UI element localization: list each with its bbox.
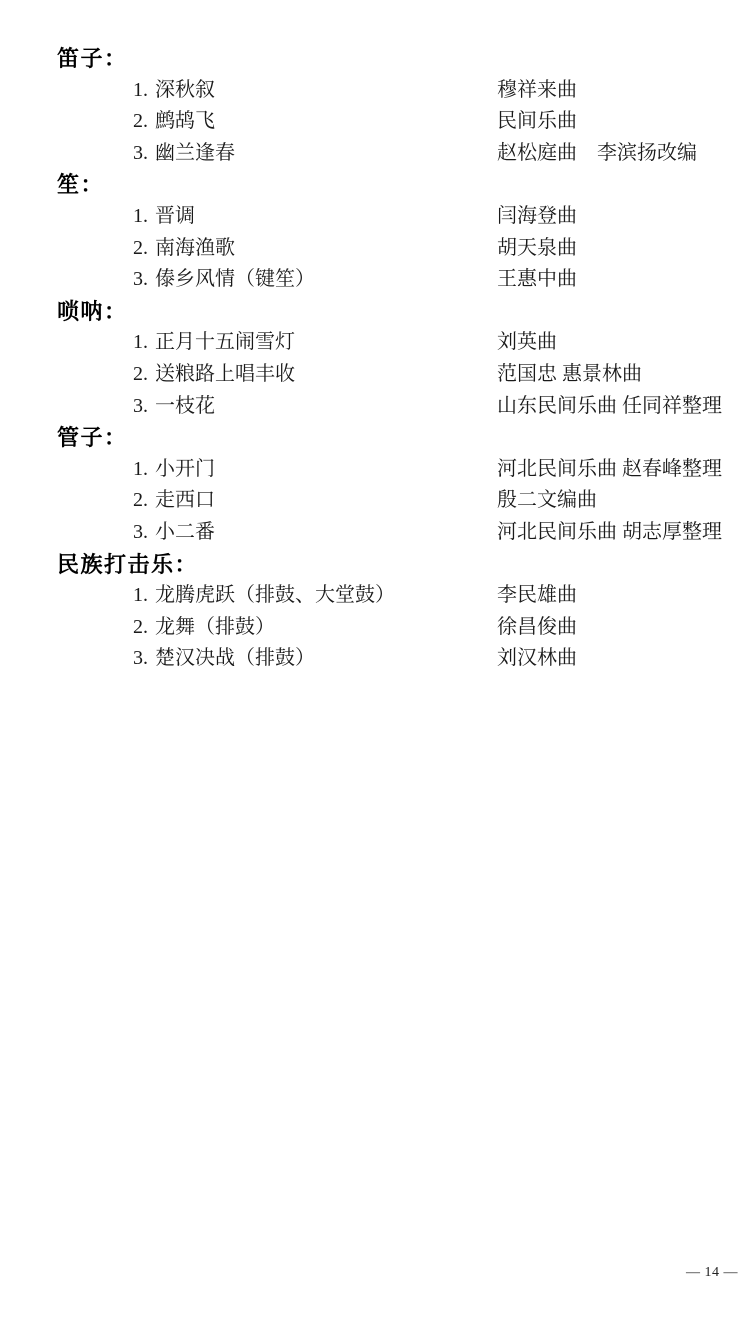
piece-title: 鹧鸪飞 bbox=[155, 110, 215, 132]
piece-credit: 王惠中曲 bbox=[497, 264, 577, 296]
piece-credit: 穆祥来曲 bbox=[497, 75, 577, 107]
piece-title: 送粮路上唱丰收 bbox=[155, 363, 295, 385]
piece-number: 3. bbox=[133, 268, 148, 290]
piece-title: 幽兰逢春 bbox=[155, 142, 235, 164]
piece-title: 深秋叙 bbox=[155, 79, 215, 101]
piece-title: 一枝花 bbox=[155, 395, 215, 417]
piece-number: 3. bbox=[133, 521, 148, 543]
piece-title-cell: 1.正月十五闹雪灯 bbox=[133, 327, 295, 359]
piece-row: 2.走西口 殷二文编曲 bbox=[0, 485, 750, 517]
piece-credit: 刘汉林曲 bbox=[497, 643, 577, 675]
piece-credit: 李民雄曲 bbox=[497, 580, 577, 612]
piece-title-cell: 3.小二番 bbox=[133, 517, 215, 549]
piece-number: 2. bbox=[133, 237, 148, 259]
piece-row: 3.楚汉决战（排鼓） 刘汉林曲 bbox=[0, 643, 750, 675]
piece-title: 楚汉决战（排鼓） bbox=[155, 647, 315, 669]
piece-row: 1.龙腾虎跃（排鼓、大堂鼓） 李民雄曲 bbox=[0, 580, 750, 612]
piece-credit: 范国忠 惠景林曲 bbox=[497, 359, 642, 391]
piece-title-cell: 3.楚汉决战（排鼓） bbox=[133, 643, 315, 675]
piece-row: 3.一枝花 山东民间乐曲 任同祥整理 bbox=[0, 391, 750, 423]
program-list: 笛子： 1.深秋叙 穆祥来曲 2.鹧鸪飞 民间乐曲 3.幽兰逢春 赵松庭曲 李滨… bbox=[0, 43, 750, 675]
piece-title: 龙腾虎跃（排鼓、大堂鼓） bbox=[155, 584, 395, 606]
section-heading: 笛子： bbox=[57, 43, 128, 75]
piece-credit: 刘英曲 bbox=[497, 327, 557, 359]
section-heading: 笙： bbox=[57, 169, 104, 201]
piece-title: 龙舞（排鼓） bbox=[155, 616, 275, 638]
piece-number: 2. bbox=[133, 616, 148, 638]
piece-credit: 徐昌俊曲 bbox=[497, 612, 577, 644]
piece-number: 3. bbox=[133, 395, 148, 417]
piece-credit: 河北民间乐曲 胡志厚整理 bbox=[497, 517, 722, 549]
piece-title: 南海渔歌 bbox=[155, 237, 235, 259]
piece-title: 正月十五闹雪灯 bbox=[155, 331, 295, 353]
piece-title-cell: 2.鹧鸪飞 bbox=[133, 106, 215, 138]
piece-number: 1. bbox=[133, 331, 148, 353]
piece-title-cell: 1.深秋叙 bbox=[133, 75, 215, 107]
piece-number: 2. bbox=[133, 110, 148, 132]
piece-title-cell: 3.一枝花 bbox=[133, 391, 215, 423]
piece-row: 1.晋调 闫海登曲 bbox=[0, 201, 750, 233]
piece-title-cell: 2.送粮路上唱丰收 bbox=[133, 359, 295, 391]
piece-title: 傣乡风情（键笙） bbox=[155, 268, 315, 290]
piece-title: 晋调 bbox=[155, 205, 195, 227]
piece-number: 3. bbox=[133, 142, 148, 164]
section-heading-row: 笙： bbox=[0, 169, 750, 201]
piece-number: 2. bbox=[133, 363, 148, 385]
piece-title-cell: 1.小开门 bbox=[133, 454, 215, 486]
piece-row: 2.南海渔歌 胡天泉曲 bbox=[0, 233, 750, 265]
section-heading: 唢呐： bbox=[57, 296, 128, 328]
piece-row: 1.深秋叙 穆祥来曲 bbox=[0, 75, 750, 107]
piece-credit: 赵松庭曲 李滨扬改编 bbox=[497, 138, 697, 170]
section-heading: 管子： bbox=[57, 422, 128, 454]
piece-row: 3.小二番 河北民间乐曲 胡志厚整理 bbox=[0, 517, 750, 549]
piece-title: 走西口 bbox=[155, 489, 215, 511]
piece-title-cell: 2.龙舞（排鼓） bbox=[133, 612, 275, 644]
piece-credit: 闫海登曲 bbox=[497, 201, 577, 233]
section-heading-row: 民族打击乐： bbox=[0, 549, 750, 581]
piece-row: 1.小开门 河北民间乐曲 赵春峰整理 bbox=[0, 454, 750, 486]
piece-title-cell: 1.晋调 bbox=[133, 201, 195, 233]
piece-title: 小开门 bbox=[155, 458, 215, 480]
piece-number: 1. bbox=[133, 458, 148, 480]
piece-row: 3.幽兰逢春 赵松庭曲 李滨扬改编 bbox=[0, 138, 750, 170]
document-page: 笛子： 1.深秋叙 穆祥来曲 2.鹧鸪飞 民间乐曲 3.幽兰逢春 赵松庭曲 李滨… bbox=[0, 0, 750, 1334]
piece-title-cell: 3.幽兰逢春 bbox=[133, 138, 235, 170]
piece-row: 2.龙舞（排鼓） 徐昌俊曲 bbox=[0, 612, 750, 644]
piece-title: 小二番 bbox=[155, 521, 215, 543]
piece-title-cell: 3.傣乡风情（键笙） bbox=[133, 264, 315, 296]
piece-number: 1. bbox=[133, 205, 148, 227]
piece-number: 3. bbox=[133, 647, 148, 669]
piece-credit: 河北民间乐曲 赵春峰整理 bbox=[497, 454, 722, 486]
page-number: — 14 — bbox=[686, 1264, 738, 1282]
piece-credit: 山东民间乐曲 任同祥整理 bbox=[497, 391, 722, 423]
piece-title-cell: 2.走西口 bbox=[133, 485, 215, 517]
piece-credit: 殷二文编曲 bbox=[497, 485, 597, 517]
piece-credit: 胡天泉曲 bbox=[497, 233, 577, 265]
section-heading: 民族打击乐： bbox=[57, 549, 198, 581]
section-heading-row: 笛子： bbox=[0, 43, 750, 75]
piece-credit: 民间乐曲 bbox=[497, 106, 577, 138]
piece-row: 2.送粮路上唱丰收 范国忠 惠景林曲 bbox=[0, 359, 750, 391]
piece-row: 1.正月十五闹雪灯 刘英曲 bbox=[0, 327, 750, 359]
piece-title-cell: 2.南海渔歌 bbox=[133, 233, 235, 265]
section-heading-row: 管子： bbox=[0, 422, 750, 454]
piece-row: 3.傣乡风情（键笙） 王惠中曲 bbox=[0, 264, 750, 296]
piece-row: 2.鹧鸪飞 民间乐曲 bbox=[0, 106, 750, 138]
piece-number: 2. bbox=[133, 489, 148, 511]
piece-number: 1. bbox=[133, 584, 148, 606]
piece-title-cell: 1.龙腾虎跃（排鼓、大堂鼓） bbox=[133, 580, 395, 612]
section-heading-row: 唢呐： bbox=[0, 296, 750, 328]
piece-number: 1. bbox=[133, 79, 148, 101]
